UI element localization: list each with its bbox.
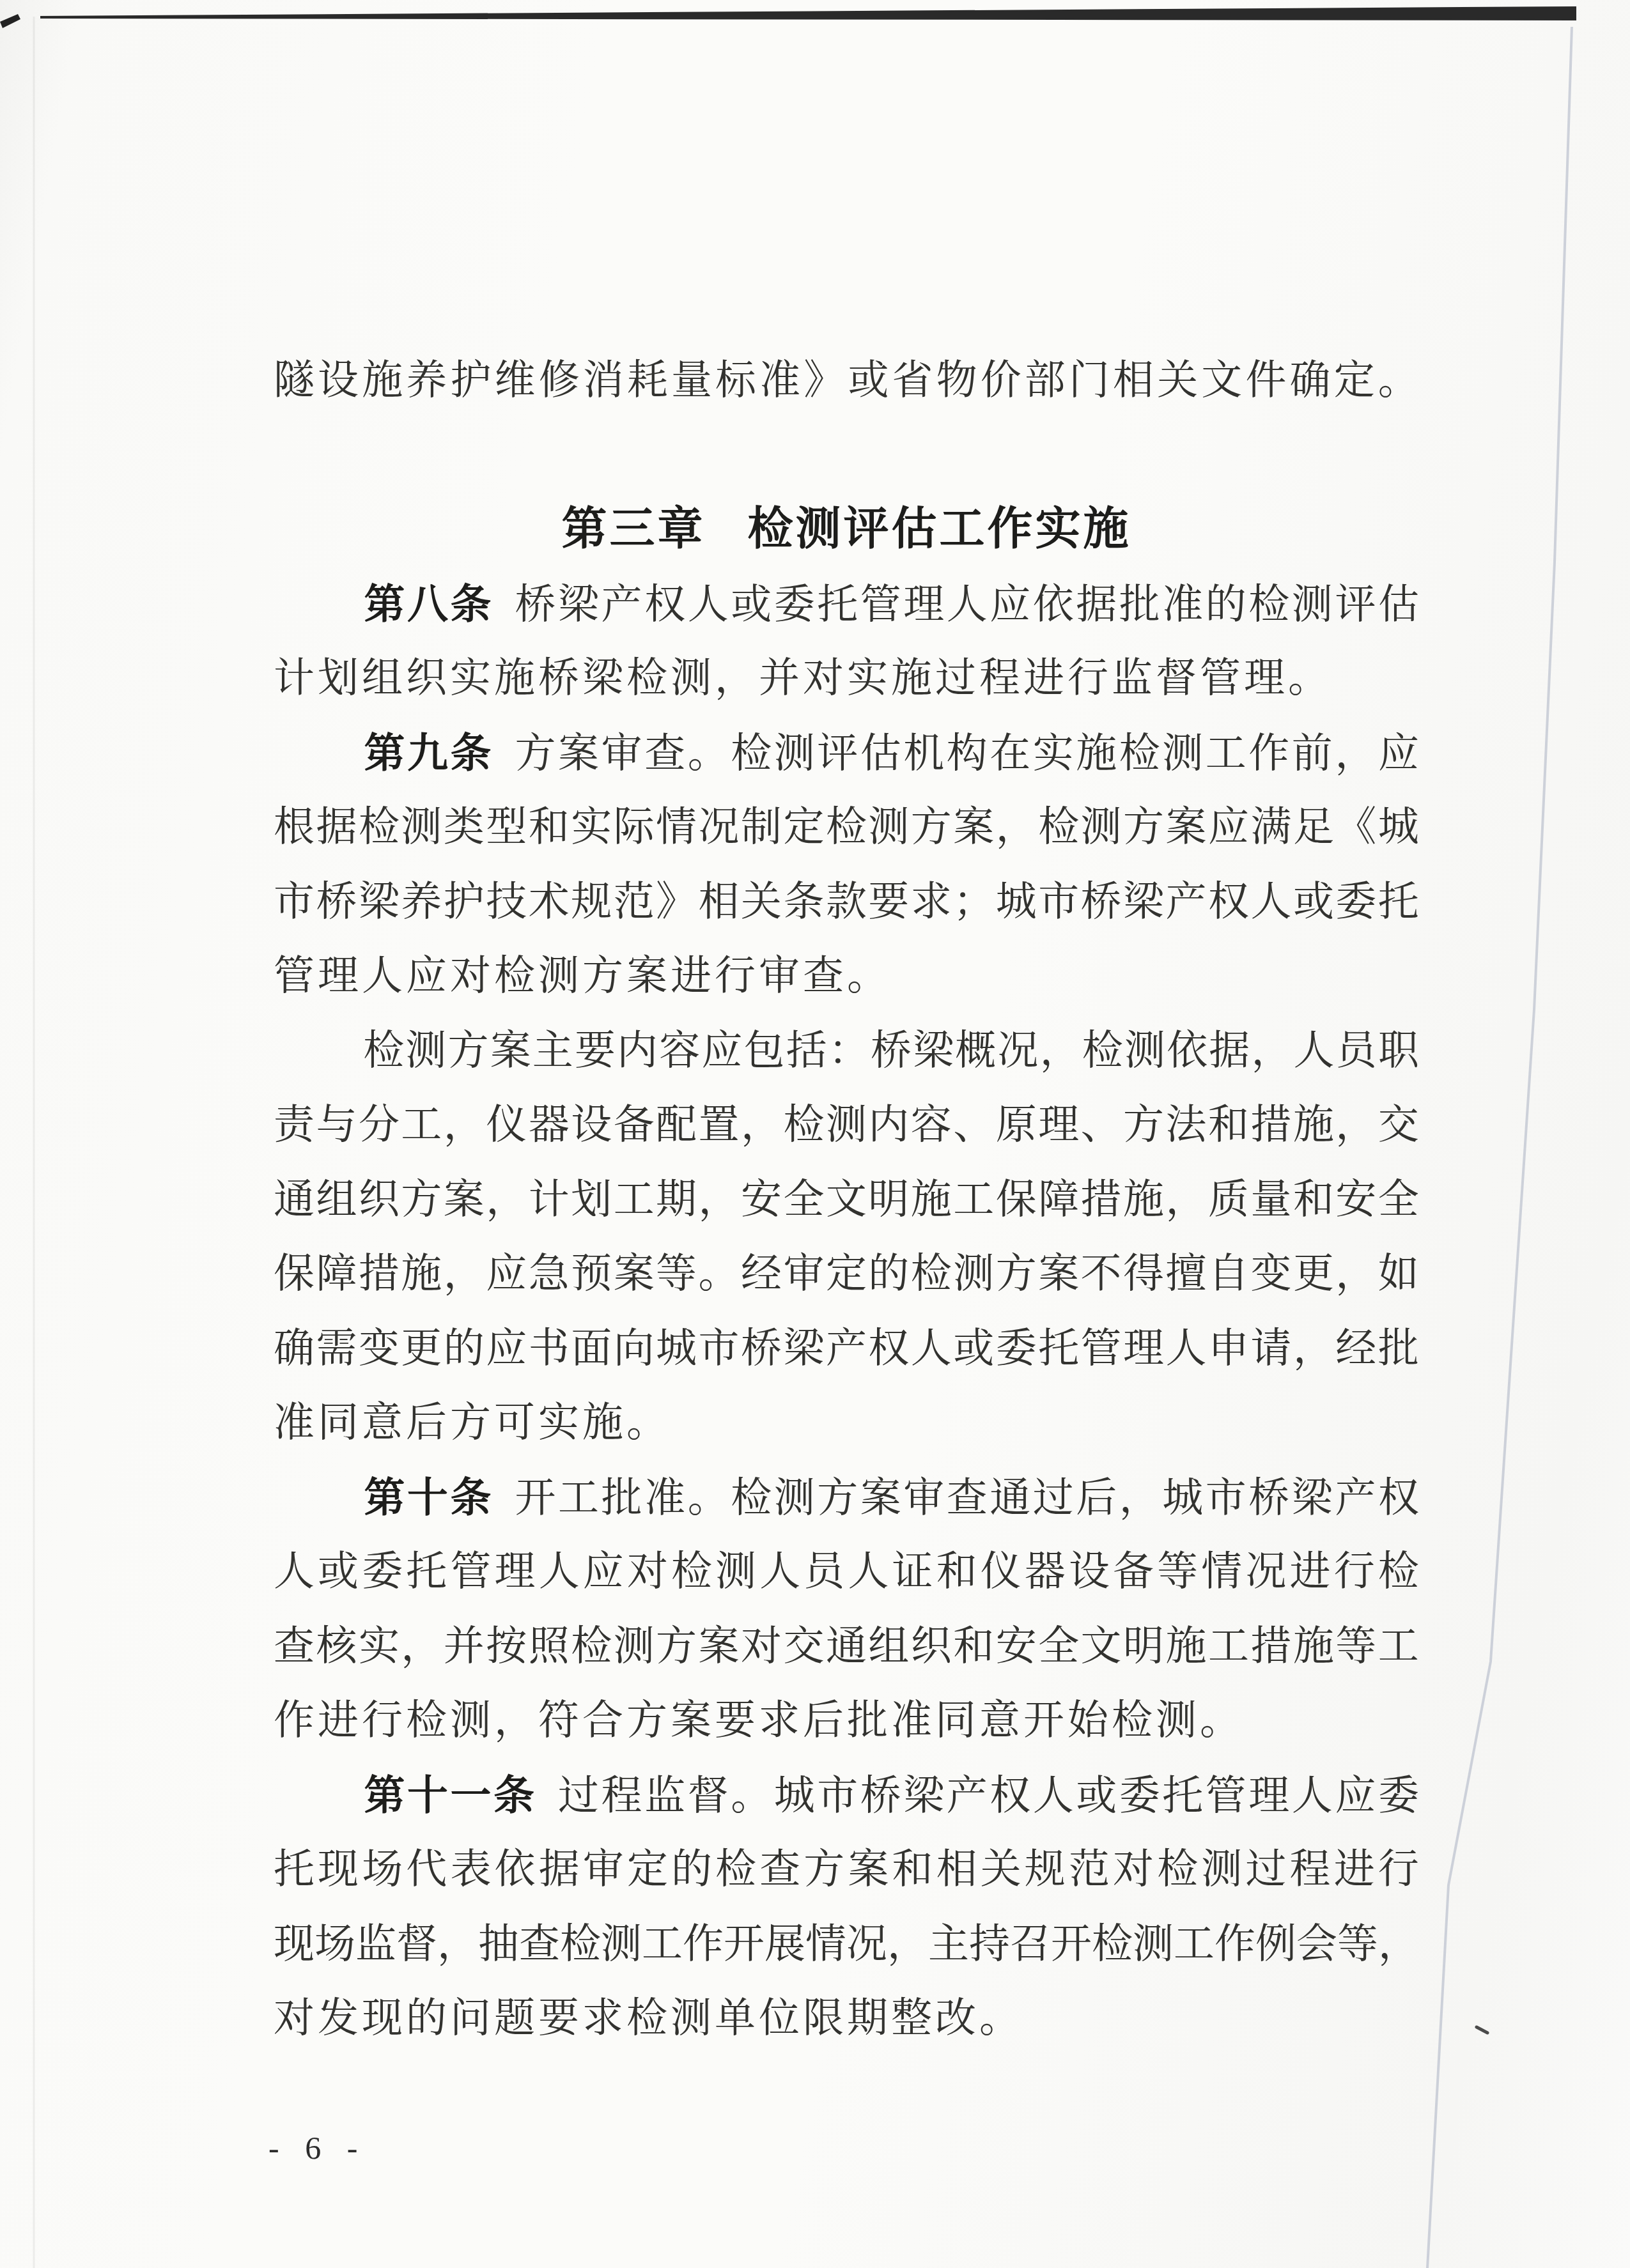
text-line: 保障措施，应急预案等。经审定的检测方案不得擅自变更，如 <box>274 1237 1419 1311</box>
text-line: 责与分工，仪器设备配置，检测内容、原理、方法和措施，交 <box>274 1088 1419 1162</box>
text-line: 检测方案主要内容应包括：桥梁概况，检测依据，人员职 <box>274 1014 1419 1088</box>
body-lines: 隧设施养护维修消耗量标准》或省物价部门相关文件确定。第三章检测评估工作实施第八条… <box>274 343 1419 2056</box>
text-line: 人或委托管理人应对检测人员人证和仪器设备等情况进行检 <box>274 1534 1419 1609</box>
page-fold-line <box>1427 27 1572 2268</box>
text-line: 通组织方案，计划工期，安全文明施工保障措施，质量和安全 <box>274 1162 1419 1237</box>
text-line: 根据检测类型和实际情况制定检测方案，检测方案应满足《城 <box>274 790 1419 865</box>
continuation-line: 隧设施养护维修消耗量标准》或省物价部门相关文件确定。 <box>274 343 1419 418</box>
article-11-line: 第十一条过程监督。城市桥梁产权人或委托管理人应委 <box>274 1758 1419 1833</box>
blank-line <box>274 418 1419 493</box>
document-text: 隧设施养护维修消耗量标准》或省物价部门相关文件确定。第三章检测评估工作实施第八条… <box>274 343 1419 2056</box>
text-line: 市桥梁养护技术规范》相关条款要求；城市桥梁产权人或委托 <box>274 865 1419 939</box>
scanner-edge-line <box>40 6 1576 20</box>
document-page: 隧设施养护维修消耗量标准》或省物价部门相关文件确定。第三章检测评估工作实施第八条… <box>0 0 1630 2268</box>
article-9-line: 第九条方案审查。检测评估机构在实施检测工作前，应 <box>274 716 1419 791</box>
article-8-line: 第八条桥梁产权人或委托管理人应依据批准的检测评估 <box>274 567 1419 642</box>
text-line: 托现场代表依据审定的检查方案和相关规范对检测过程进行 <box>274 1832 1419 1907</box>
text-line: 查核实，并按照检测方案对交通组织和安全文明施工措施等工 <box>274 1609 1419 1684</box>
text-line: 计划组织实施桥梁检测，并对实施过程进行监督管理。 <box>274 641 1419 716</box>
article-10-line: 第十条开工批准。检测方案审查通过后，城市桥梁产权 <box>274 1460 1419 1535</box>
text-line: 确需变更的应书面向城市桥梁产权人或委托管理人申请，经批 <box>274 1311 1419 1386</box>
text-line: 现场监督，抽查检测工作开展情况，主持召开检测工作例会等， <box>274 1907 1419 1982</box>
ink-speck <box>1477 2027 1487 2033</box>
text-line: 准同意后方可实施。 <box>274 1385 1419 1460</box>
chapter-heading: 第三章检测评估工作实施 <box>274 492 1419 567</box>
page-number: - 6 - <box>268 2129 361 2166</box>
text-line: 管理人应对检测方案进行审查。 <box>274 939 1419 1014</box>
text-line: 作进行检测，符合方案要求后批准同意开始检测。 <box>274 1683 1419 1758</box>
corner-tick-mark <box>0 14 20 28</box>
text-line: 对发现的问题要求检测单位限期整改。 <box>274 1981 1419 2056</box>
